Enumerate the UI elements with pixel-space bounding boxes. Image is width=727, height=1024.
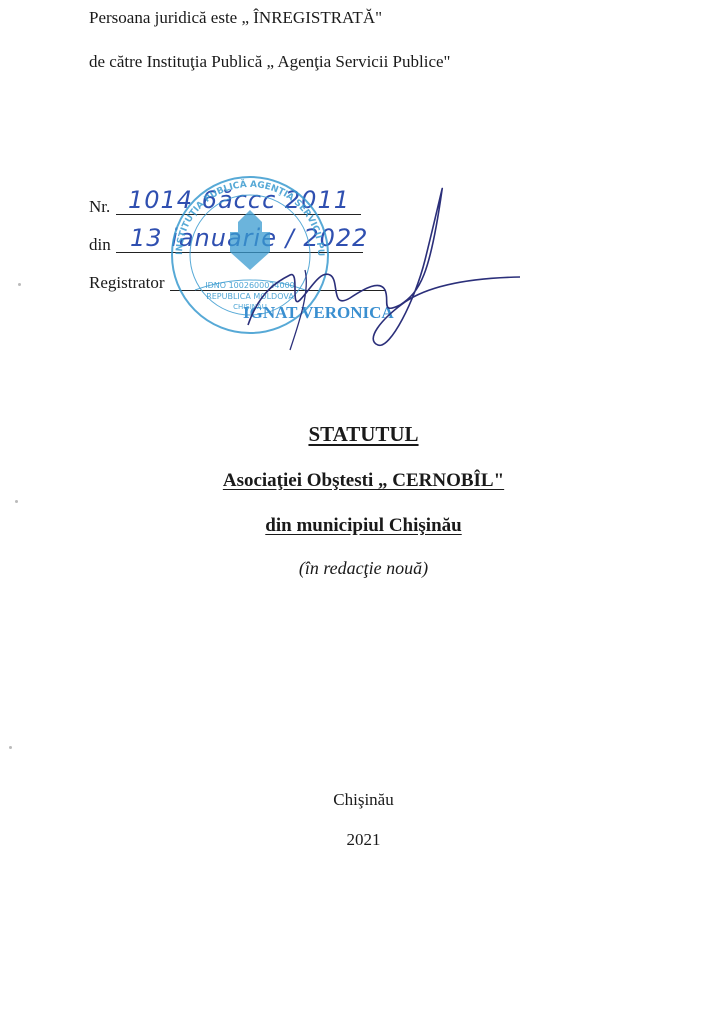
registrator-label: Registrator (89, 273, 165, 293)
nr-label: Nr. (89, 197, 110, 217)
registrar-signature (230, 180, 550, 360)
organization-name: Asociaţiei Obştesti „ CERNOBÎL" (0, 470, 727, 492)
footer-city: Chişinău (0, 790, 727, 810)
din-label: din (89, 235, 111, 255)
registering-authority-text: de către Instituţia Publică „ Agenţia Se… (89, 52, 450, 72)
scan-speck (9, 746, 12, 749)
edition-note: (în redacţie nouă) (0, 558, 727, 579)
scan-speck (15, 500, 18, 503)
footer-year: 2021 (0, 830, 727, 850)
registration-status-text: Persoana juridică este „ ÎNREGISTRATĂ" (89, 8, 382, 28)
scan-speck (18, 283, 21, 286)
document-title: STATUTUL (0, 422, 727, 447)
organization-location: din municipiul Chişinău (0, 515, 727, 537)
